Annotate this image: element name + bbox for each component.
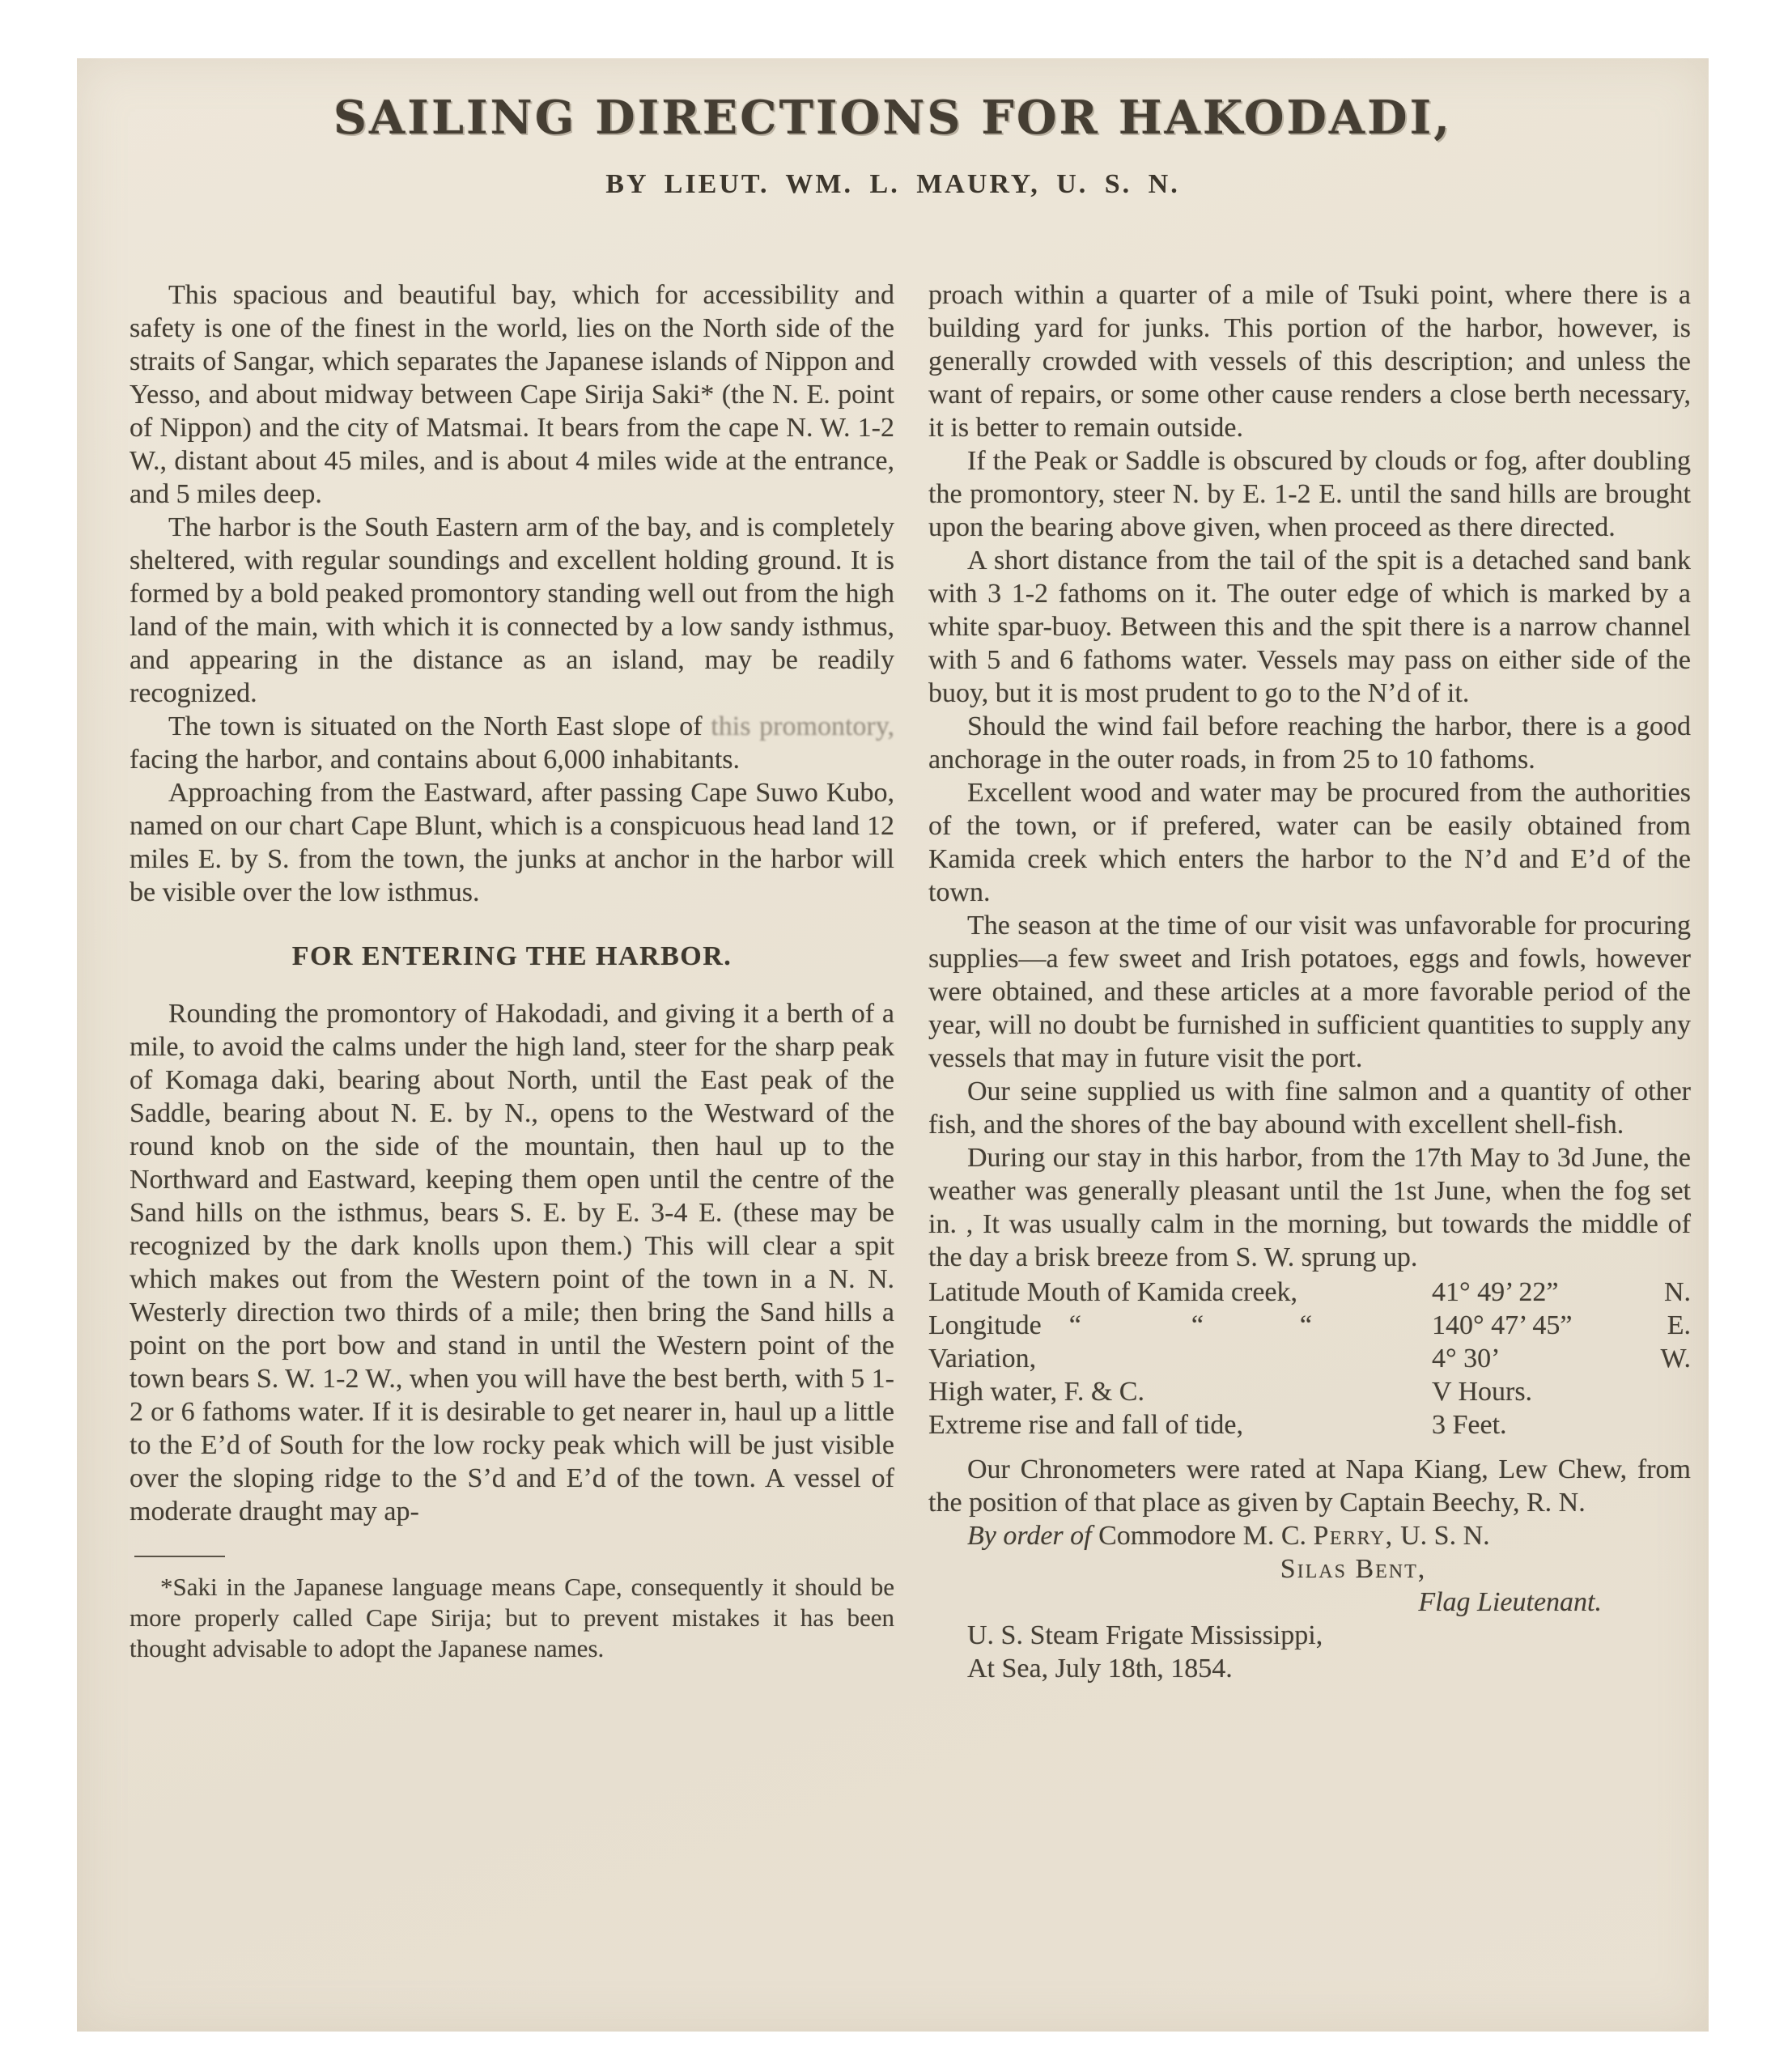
paragraph-weather-stay: During our stay in this harbor, from the…: [928, 1141, 1691, 1274]
table-row-high-water: High water, F. & C.V Hours.: [928, 1375, 1691, 1408]
table-row-longitude: Longitude “ “ “140° 47’ 45”E.: [928, 1309, 1691, 1342]
table-label: Latitude Mouth of Kamida creek,: [928, 1276, 1432, 1309]
by-order-name: Perry,: [1314, 1521, 1394, 1551]
signature-by-order: By order of Commodore M. C. Perry, U. S.…: [928, 1519, 1691, 1552]
paragraph-approaching-eastward: Approaching from the Eastward, after pas…: [130, 776, 894, 909]
paragraph-wind-fail: Should the wind fail before reaching the…: [928, 710, 1691, 776]
table-row-variation: Variation,4° 30’W.: [928, 1342, 1691, 1375]
table-label: High water, F. & C.: [928, 1375, 1432, 1408]
table-value: 140° 47’ 45”: [1432, 1309, 1644, 1342]
position-data-table: Latitude Mouth of Kamida creek,41° 49’ 2…: [928, 1276, 1691, 1441]
table-direction: [1644, 1375, 1691, 1408]
paragraph-chronometers: Our Chronometers were rated at Napa Kian…: [928, 1453, 1691, 1519]
table-label: Variation,: [928, 1342, 1432, 1375]
paragraph-bay-description: This spacious and beautiful bay, which f…: [130, 278, 894, 511]
table-label: Extreme rise and fall of tide,: [928, 1408, 1432, 1441]
table-direction: N.: [1644, 1276, 1691, 1309]
table-direction: [1644, 1408, 1691, 1441]
table-direction: E.: [1644, 1309, 1691, 1342]
table-value: 41° 49’ 22”: [1432, 1276, 1644, 1309]
signature-block: By order of Commodore M. C. Perry, U. S.…: [928, 1519, 1691, 1685]
signature-officer-name: Silas Bent,: [928, 1552, 1691, 1586]
paragraph-tsuki-point: proach within a quarter of a mile of Tsu…: [928, 278, 1691, 444]
table-value: V Hours.: [1432, 1375, 1644, 1408]
section-heading-entering-harbor: FOR ENTERING THE HARBOR.: [130, 940, 894, 973]
paragraph-season-supplies: The season at the time of our visit was …: [928, 909, 1691, 1075]
right-column: proach within a quarter of a mile of Tsu…: [928, 278, 1691, 1685]
town-text-faded: this promontory,: [711, 711, 894, 741]
signature-ship: U. S. Steam Frigate Mississippi,: [928, 1619, 1691, 1652]
by-order-italic: By order of: [967, 1521, 1092, 1551]
paragraph-town-description: The town is situated on the North East s…: [130, 710, 894, 776]
scanned-document: { "colors": { "paper": "#eae3d4", "ink":…: [0, 0, 1775, 2072]
table-value: 3 Feet.: [1432, 1408, 1644, 1441]
town-text-post: facing the harbor, and contains about 6,…: [130, 745, 740, 775]
document-page: SAILING DIRECTIONS FOR HAKODADI, BY LIEU…: [77, 58, 1709, 2032]
paragraph-seine-fish: Our seine supplied us with fine salmon a…: [928, 1075, 1691, 1141]
table-direction: W.: [1644, 1342, 1691, 1375]
left-column: This spacious and beautiful bay, which f…: [130, 278, 894, 1664]
town-text-pre: The town is situated on the North East s…: [168, 711, 711, 741]
signature-officer-title: Flag Lieutenant.: [928, 1586, 1691, 1619]
paragraph-rounding-promontory: Rounding the promontory of Hakodadi, and…: [130, 997, 894, 1528]
signature-dateline: At Sea, July 18th, 1854.: [928, 1652, 1691, 1685]
masthead: SAILING DIRECTIONS FOR HAKODADI, BY LIEU…: [77, 91, 1709, 200]
paragraph-wood-and-water: Excellent wood and water may be procured…: [928, 776, 1691, 909]
by-order-post: U. S. N.: [1394, 1521, 1490, 1551]
footnote-divider: [134, 1556, 225, 1557]
page-title: SAILING DIRECTIONS FOR HAKODADI,: [77, 91, 1709, 145]
footnote-saki: *Saki in the Japanese language means Cap…: [130, 1572, 894, 1664]
by-order-pre: Commodore M. C.: [1092, 1521, 1314, 1551]
paragraph-peak-obscured: If the Peak or Saddle is obscured by clo…: [928, 444, 1691, 544]
table-label: Longitude “ “ “: [928, 1309, 1432, 1342]
table-row-tide: Extreme rise and fall of tide,3 Feet.: [928, 1408, 1691, 1441]
table-row-latitude: Latitude Mouth of Kamida creek,41° 49’ 2…: [928, 1276, 1691, 1309]
table-value: 4° 30’: [1432, 1342, 1644, 1375]
byline: BY LIEUT. WM. L. MAURY, U. S. N.: [77, 169, 1709, 200]
paragraph-harbor-description: The harbor is the South Eastern arm of t…: [130, 511, 894, 710]
paragraph-sand-bank: A short distance from the tail of the sp…: [928, 544, 1691, 710]
